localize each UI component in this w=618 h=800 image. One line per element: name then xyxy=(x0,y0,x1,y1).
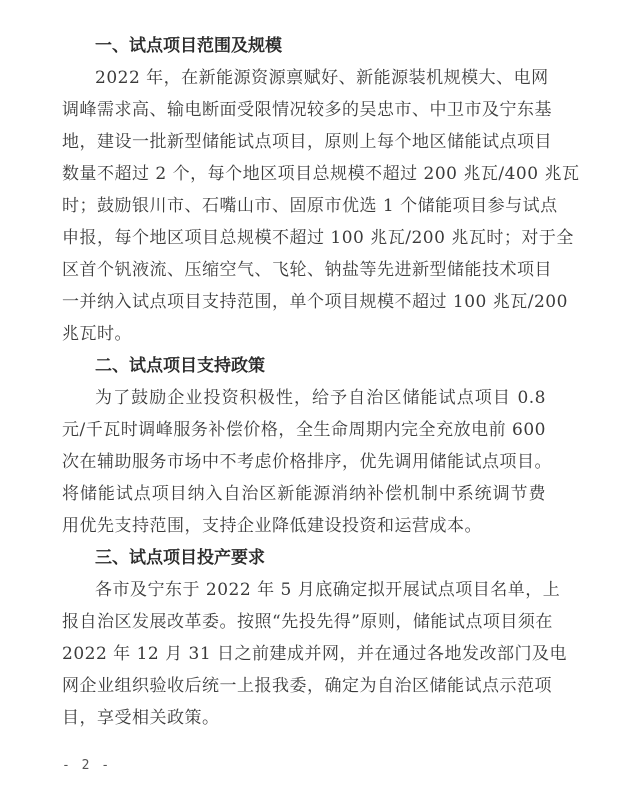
page-number: - 2 - xyxy=(62,758,111,773)
paragraph-line: 2022 年 12 月 31 日之前建成并网，并在通过各地发改部门及电 xyxy=(62,638,546,670)
paragraph-line: 数量不超过 2 个，每个地区项目总规模不超过 200 兆瓦/400 兆瓦 xyxy=(62,158,546,190)
paragraph-line: 为了鼓励企业投资积极性，给予自治区储能试点项目 0.8 xyxy=(62,382,546,414)
paragraph-line: 用优先支持范围，支持企业降低建设投资和运营成本。 xyxy=(62,510,546,542)
paragraph-line: 区首个钒液流、压缩空气、飞轮、钠盐等先进新型储能技术项目 xyxy=(62,254,546,286)
paragraph-line: 调峰需求高、输电断面受限情况较多的吴忠市、中卫市及宁东基 xyxy=(62,94,546,126)
section-heading: 三、试点项目投产要求 xyxy=(62,542,546,574)
paragraph-line: 次在辅助服务市场中不考虑价格排序，优先调用储能试点项目。 xyxy=(62,446,546,478)
paragraph-line: 申报，每个地区项目总规模不超过 100 兆瓦/200 兆瓦时；对于全 xyxy=(62,222,546,254)
paragraph-line: 各市及宁东于 2022 年 5 月底确定拟开展试点项目名单，上 xyxy=(62,574,546,606)
paragraph-line: 一并纳入试点项目支持范围，单个项目规模不超过 100 兆瓦/200 xyxy=(62,286,546,318)
paragraph-line: 将储能试点项目纳入自治区新能源消纳补偿机制中系统调节费 xyxy=(62,478,546,510)
paragraph-line: 元/千瓦时调峰服务补偿价格，全生命周期内完全充放电前 600 xyxy=(62,414,546,446)
paragraph-line: 2022 年，在新能源资源禀赋好、新能源装机规模大、电网 xyxy=(62,62,546,94)
paragraph-line: 目，享受相关政策。 xyxy=(62,702,546,734)
paragraph-line: 时；鼓励银川市、石嘴山市、固原市优选 1 个储能项目参与试点 xyxy=(62,190,546,222)
document-page: 一、试点项目范围及规模 2022 年，在新能源资源禀赋好、新能源装机规模大、电网… xyxy=(62,30,546,734)
section-heading: 一、试点项目范围及规模 xyxy=(62,30,546,62)
paragraph-line: 兆瓦时。 xyxy=(62,318,546,350)
paragraph-line: 报自治区发展改革委。按照“先投先得”原则，储能试点项目须在 xyxy=(62,606,546,638)
section-heading: 二、试点项目支持政策 xyxy=(62,350,546,382)
paragraph-line: 地，建设一批新型储能试点项目，原则上每个地区储能试点项目 xyxy=(62,126,546,158)
paragraph-line: 网企业组织验收后统一上报我委，确定为自治区储能试点示范项 xyxy=(62,670,546,702)
